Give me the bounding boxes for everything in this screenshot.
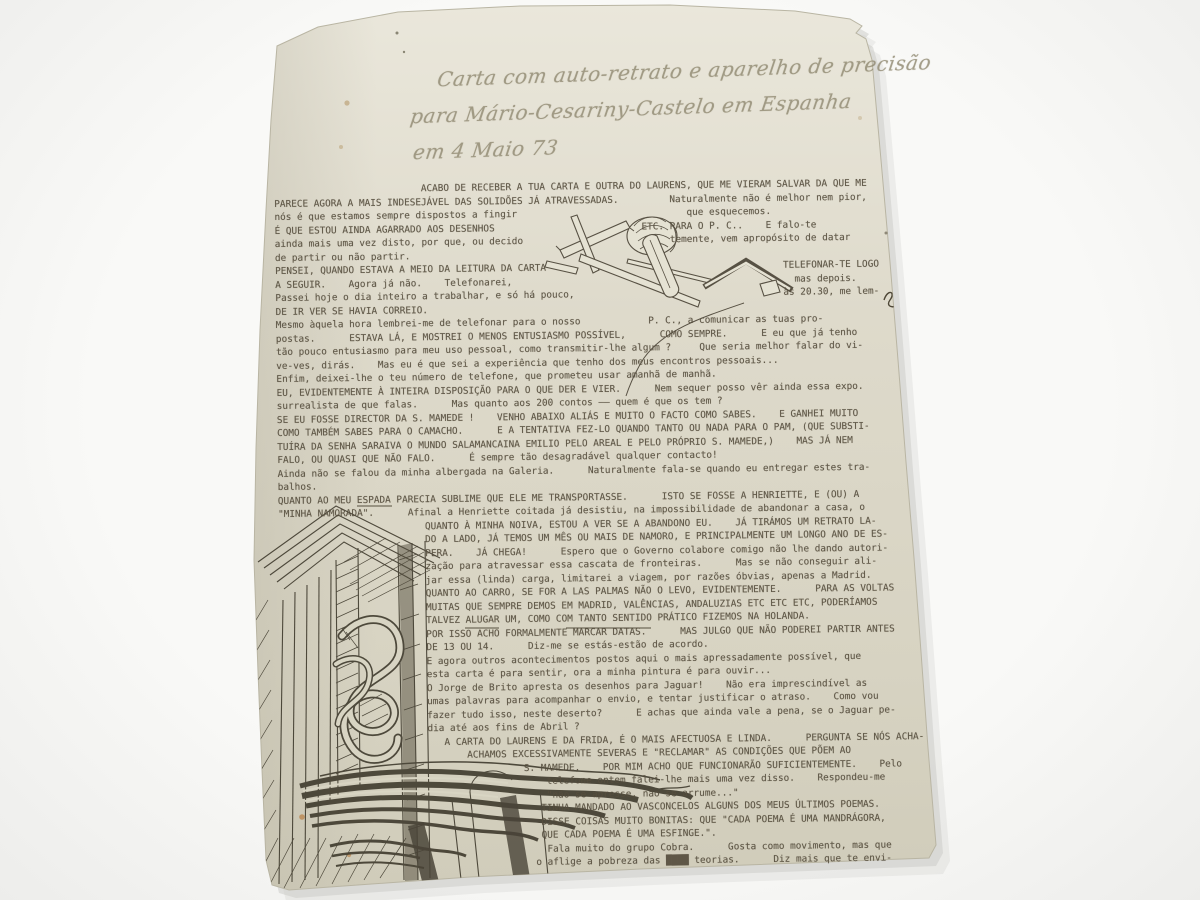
handwritten-title: Carta com auto-retrato e aparelho de pre… <box>403 44 938 171</box>
photograph-of-letter: Carta com auto-retrato e aparelho de pre… <box>0 0 1200 900</box>
typed-letter-text: ACABO DE RECEBER A TUA CARTA E OUTRA DO … <box>274 176 926 872</box>
